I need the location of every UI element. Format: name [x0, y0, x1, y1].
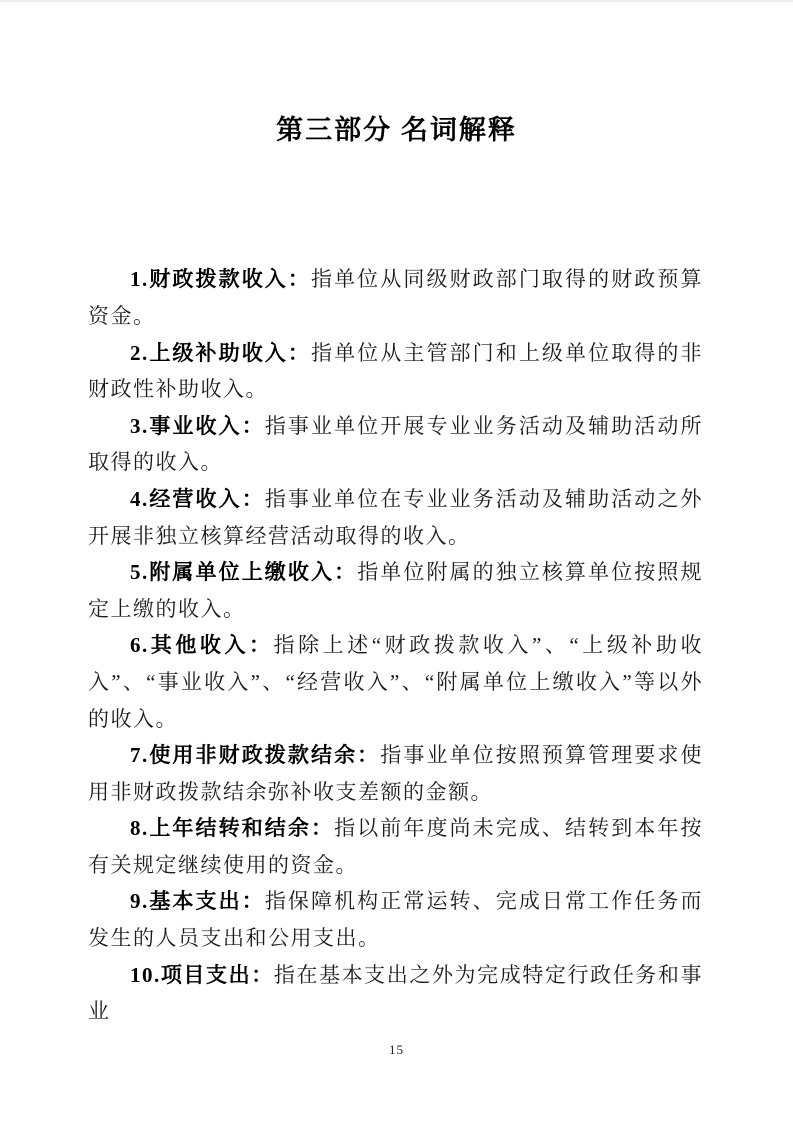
definition-item: 3.事业收入：指事业单位开展专业业务活动及辅助活动所取得的收入。: [88, 408, 703, 481]
term-label: 9.基本支出：: [130, 889, 265, 913]
definition-item: 6.其他收入：指除上述“财政拨款收入”、“上级补助收入”、“事业收入”、“经营收…: [88, 627, 703, 737]
definition-item: 7.使用非财政拨款结余：指事业单位按照预算管理要求使用非财政拨款结余弥补收支差额…: [88, 737, 703, 810]
term-label: 7.使用非财政拨款结余：: [130, 743, 380, 767]
term-label: 6.其他收入：: [130, 633, 274, 657]
definition-item: 1.财政拨款收入：指单位从同级财政部门取得的财政预算资金。: [88, 261, 703, 334]
term-label: 4.经营收入：: [130, 487, 265, 511]
definition-item: 9.基本支出：指保障机构正常运转、完成日常工作任务而发生的人员支出和公用支出。: [88, 883, 703, 956]
definition-item: 5.附属单位上缴收入：指单位附属的独立核算单位按照规定上缴的收入。: [88, 554, 703, 627]
definition-item: 4.经营收入：指事业单位在专业业务活动及辅助活动之外开展非独立核算经营活动取得的…: [88, 481, 703, 554]
term-label: 2.上级补助收入：: [130, 341, 311, 365]
definition-item: 2.上级补助收入：指单位从主管部门和上级单位取得的非财政性补助收入。: [88, 335, 703, 408]
term-label: 8.上年结转和结余：: [130, 816, 334, 840]
definition-item: 8.上年结转和结余：指以前年度尚未完成、结转到本年按有关规定继续使用的资金。: [88, 810, 703, 883]
document-page: 第三部分 名词解释 1.财政拨款收入：指单位从同级财政部门取得的财政预算资金。 …: [0, 0, 793, 1122]
page-number: 15: [0, 1042, 793, 1058]
term-label: 1.财政拨款收入：: [130, 267, 311, 291]
term-label: 10.项目支出：: [130, 963, 274, 987]
page-title: 第三部分 名词解释: [0, 114, 793, 146]
definitions-section: 1.财政拨款收入：指单位从同级财政部门取得的财政预算资金。 2.上级补助收入：指…: [0, 261, 793, 1029]
term-label: 5.附属单位上缴收入：: [130, 560, 357, 584]
term-label: 3.事业收入：: [130, 414, 265, 438]
definition-item: 10.项目支出：指在基本支出之外为完成特定行政任务和事业: [88, 957, 703, 1030]
